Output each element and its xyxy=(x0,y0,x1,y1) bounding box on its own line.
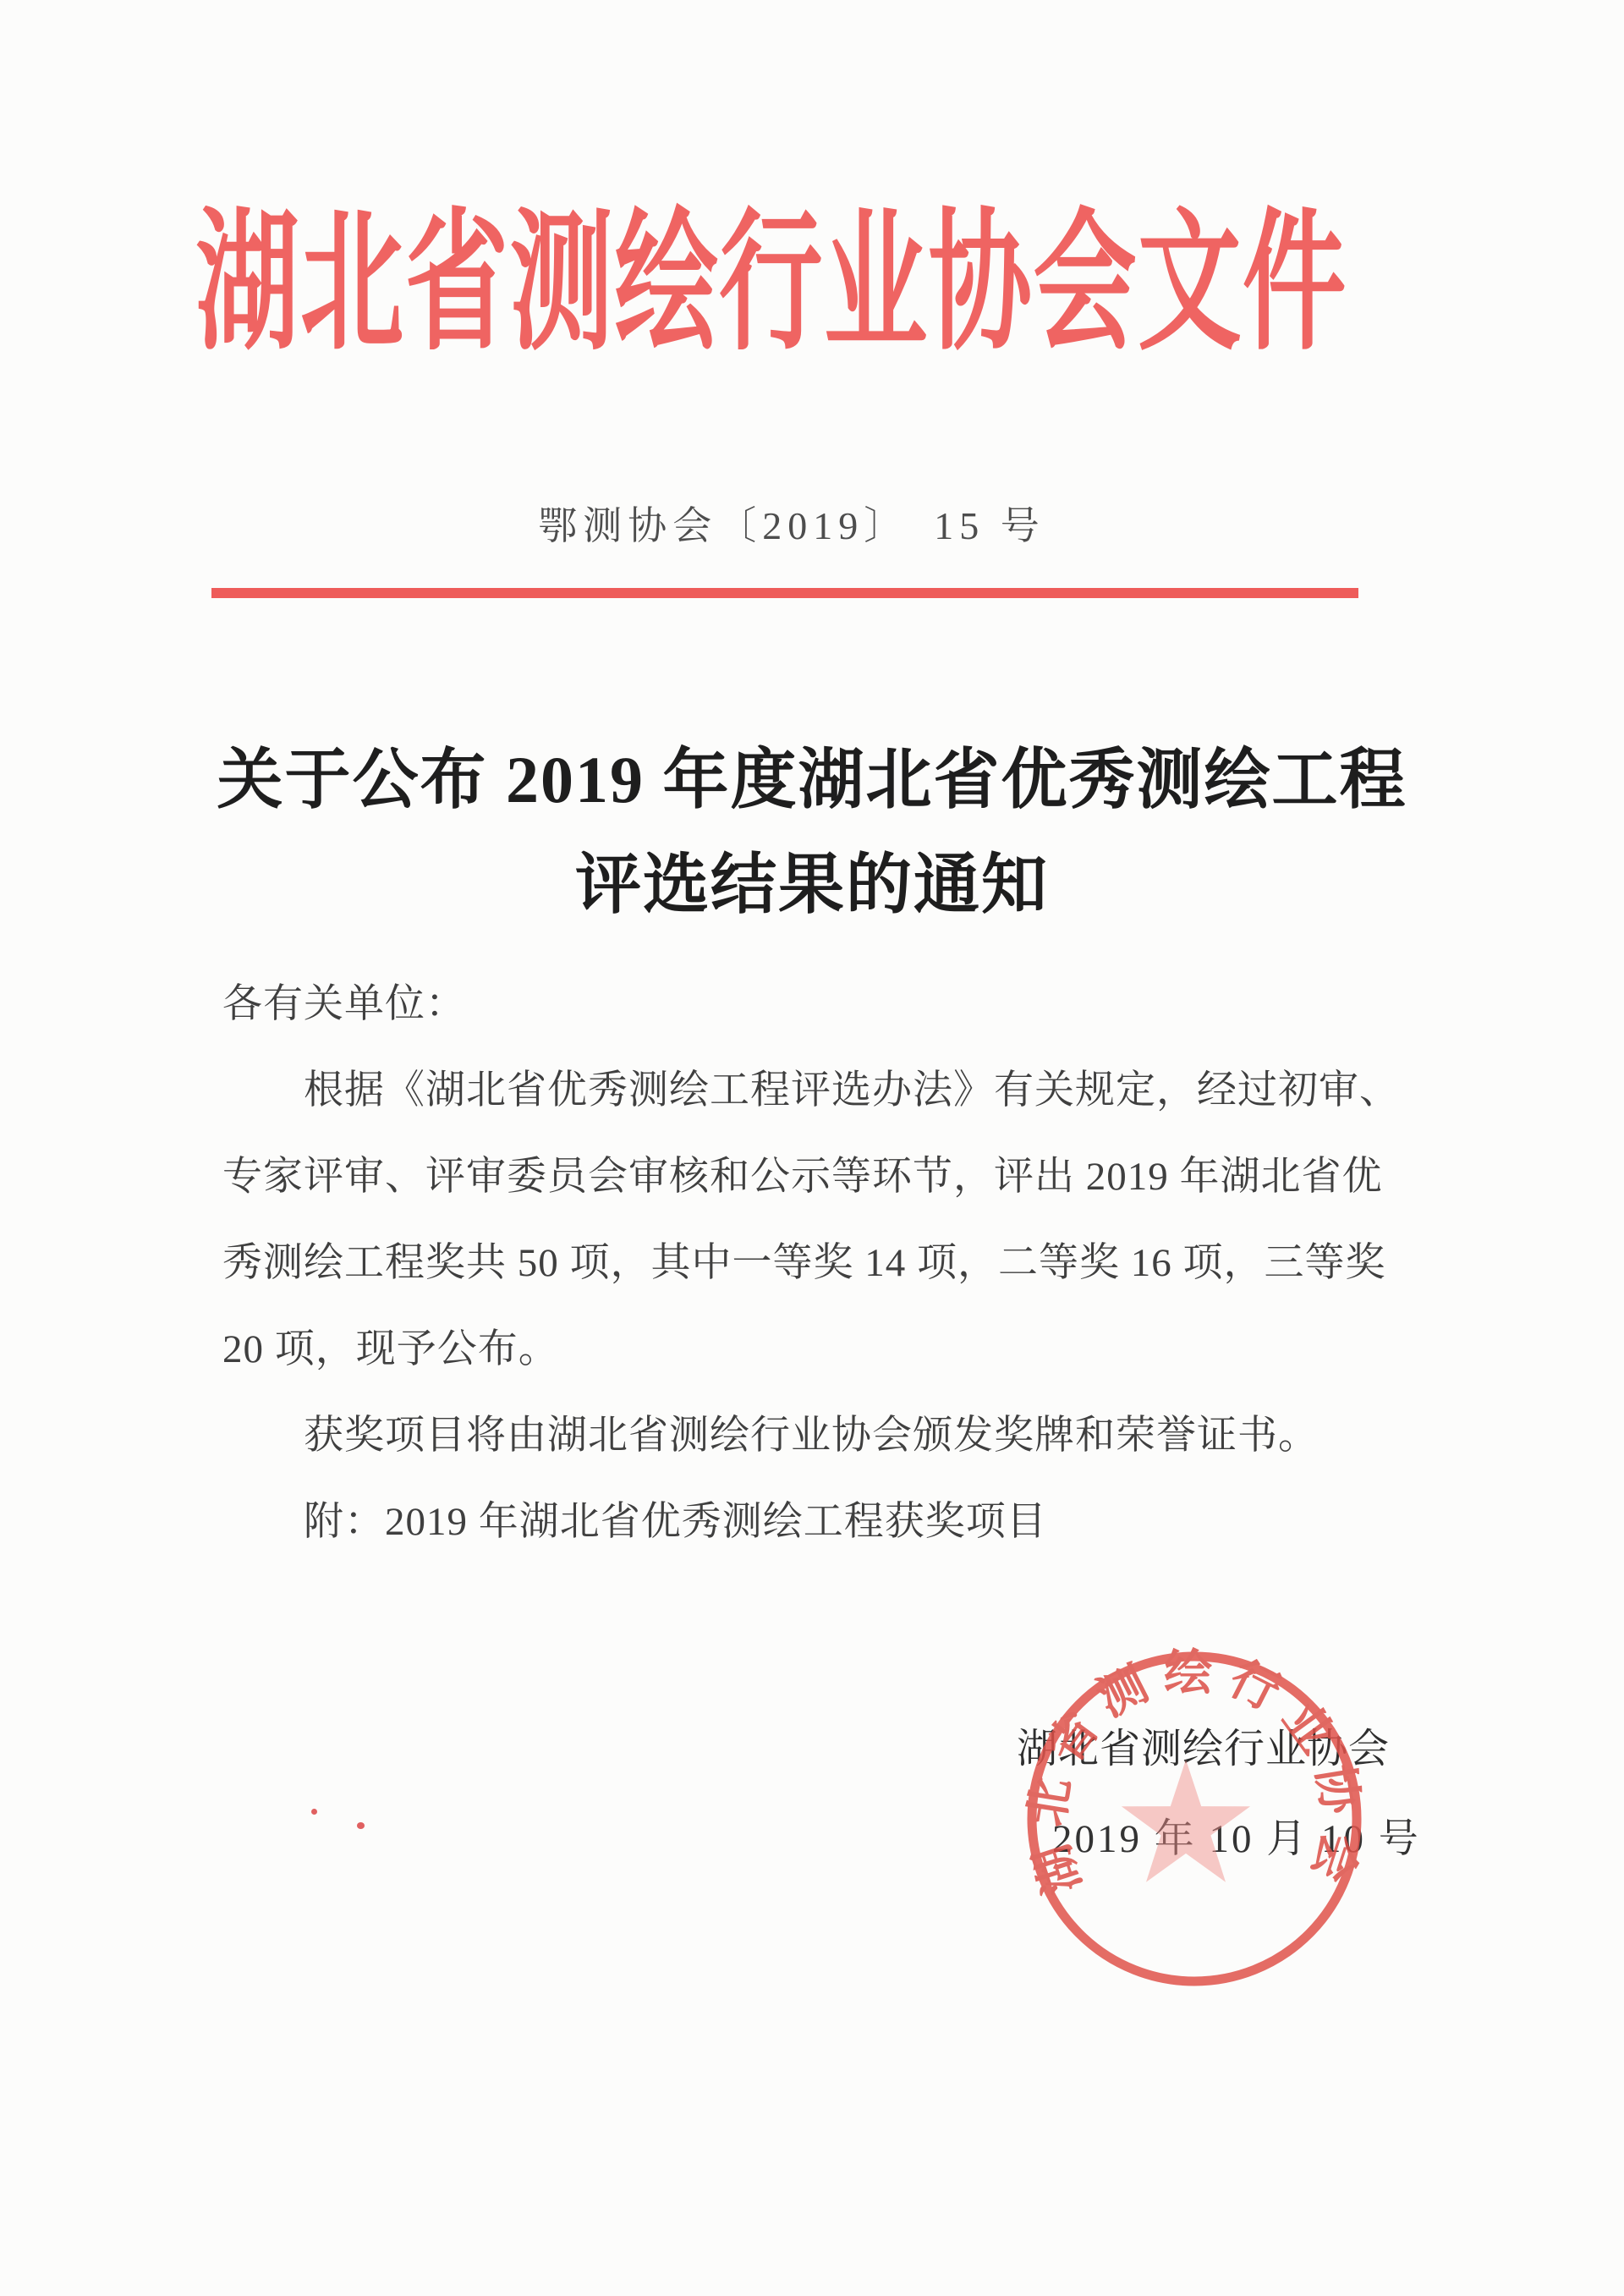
attachment-line: 附：2019 年湖北省优秀测绘工程获奖项目 xyxy=(222,1479,1415,1565)
subject-line-1: 关于公布 2019 年度湖北省优秀测绘工程 xyxy=(0,728,1624,832)
body-line: 20 项，现予公布。 xyxy=(222,1306,1415,1392)
subject-line-2: 评选结果的通知 xyxy=(0,832,1624,937)
document-number: 鄂测协会〔2019〕 15 号 xyxy=(538,504,1045,548)
body-line: 专家评审、评审委员会审核和公示等环节，评出 2019 年湖北省优 xyxy=(222,1134,1415,1220)
document-body: 各有关单位： 根据《湖北省优秀测绘工程评选办法》有关规定，经过初审、 专家评审、… xyxy=(222,961,1415,1565)
letterhead-title: 湖北省测绘行业协会文件 xyxy=(195,200,1347,369)
signature-organization: 湖北省测绘行业协会 xyxy=(1017,1726,1390,1773)
body-line: 秀测绘工程奖共 50 项，其中一等奖 14 项，二等奖 16 项，三等奖 xyxy=(222,1220,1415,1306)
body-line: 获奖项目将由湖北省测绘行业协会颁发奖牌和荣誉证书。 xyxy=(222,1392,1415,1479)
scanned-document-page: 湖北省测绘行业协会文件 鄂测协会〔2019〕 15 号 关于公布 2019 年度… xyxy=(0,0,1624,2296)
header-divider-line xyxy=(211,588,1358,598)
salutation: 各有关单位： xyxy=(222,961,1415,1047)
document-subject: 关于公布 2019 年度湖北省优秀测绘工程 评选结果的通知 xyxy=(0,728,1624,937)
body-line: 根据《湖北省优秀测绘工程评选办法》有关规定，经过初审、 xyxy=(222,1047,1415,1134)
scan-speck xyxy=(311,1809,317,1815)
scan-speck xyxy=(357,1822,365,1829)
signature-date: 2019 年 10 月 10 号 xyxy=(1052,1815,1421,1863)
